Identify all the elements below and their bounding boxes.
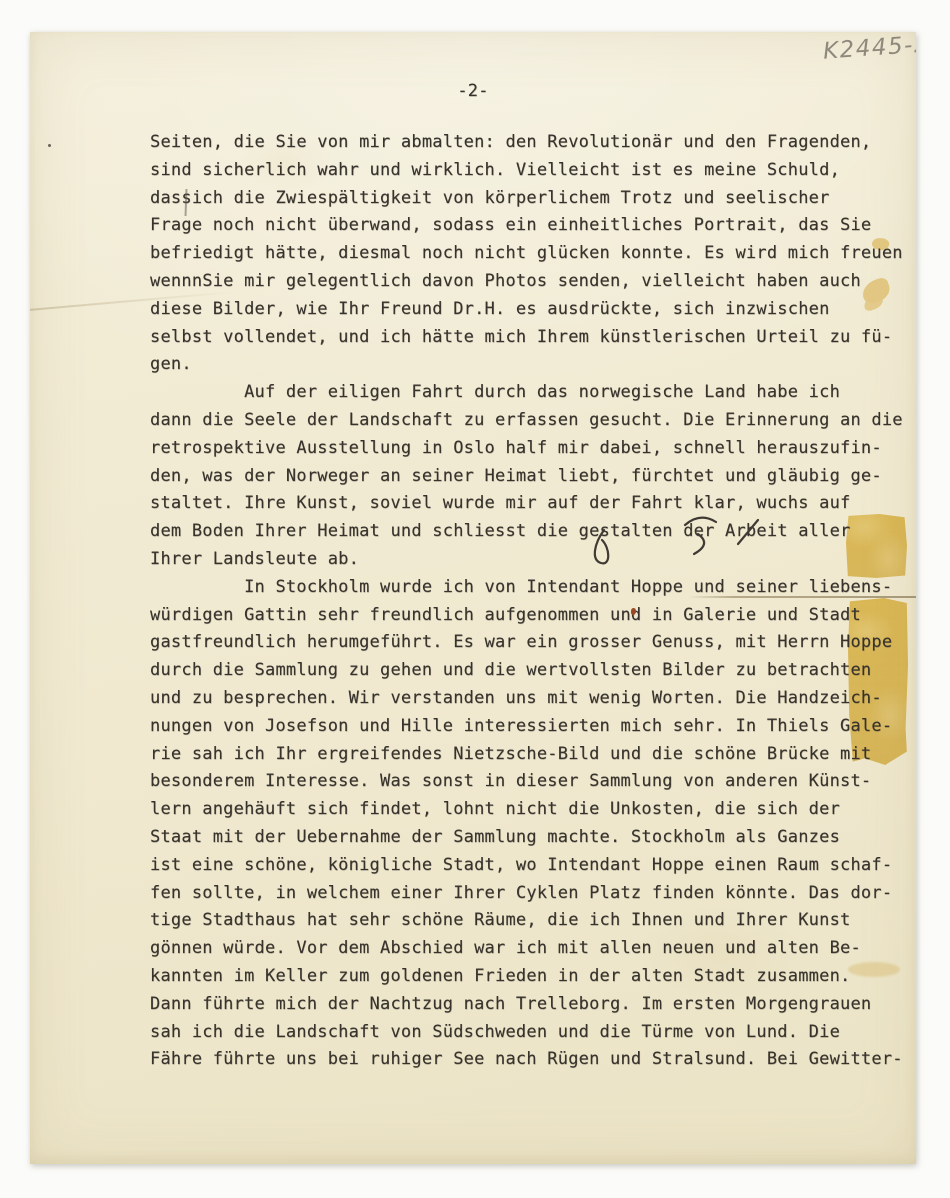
letter-line: gönnen würde. Vor dem Abschied war ich m… [150, 935, 916, 963]
letter-line: Seiten, die Sie von mir abmalten: den Re… [150, 129, 916, 157]
letter-line: besonderem Interesse. Was sonst in diese… [150, 768, 916, 796]
letter-line: retrospektive Ausstellung in Oslo half m… [150, 435, 916, 463]
letter-line: lern angehäuft sich findet, lohnt nicht … [150, 796, 916, 824]
letter-line: tige Stadthaus hat sehr schöne Räume, di… [150, 907, 916, 935]
letter-page: -2- K2445-2 Seiten, die Sie von mir abma… [30, 32, 916, 1164]
letter-line: Frage noch nicht überwand, sodass ein ei… [150, 212, 916, 240]
letter-line: diese Bilder, wie Ihr Freund Dr.H. es au… [150, 296, 916, 324]
correction-arc [685, 518, 716, 525]
letter-line: ist eine schöne, königliche Stadt, wo In… [150, 852, 916, 880]
letter-line: rie sah ich Ihr ergreifendes Nietzsche-B… [150, 741, 916, 769]
correction-slash [738, 520, 758, 544]
correction-paren [694, 534, 704, 554]
letter-line: Fähre führte uns bei ruhiger See nach Rü… [150, 1046, 916, 1074]
handwritten-correction-marks [580, 510, 830, 605]
letter-line: dassich die Zwiespältigkeit von körperli… [150, 185, 916, 213]
correction-loop-g [595, 530, 608, 563]
letter-paragraph: Seiten, die Sie von mir abmalten: den Re… [150, 129, 916, 379]
letter-line: den, was der Norweger an seiner Heimat l… [150, 463, 916, 491]
letter-line: sah ich die Landschaft von Südschweden u… [150, 1019, 916, 1047]
letter-line: wennnSie mir gelegentlich davon Photos s… [150, 268, 916, 296]
letter-paragraph: In Stockholm wurde ich von Intendant Hop… [150, 574, 916, 1074]
letter-line: fen sollte, in welchem einer Ihrer Cykle… [150, 880, 916, 908]
page-number: -2- [30, 81, 916, 101]
letter-line: dann die Seele der Landschaft zu erfasse… [150, 407, 916, 435]
letter-line: selbst vollendet, und ich hätte mich Ihr… [150, 324, 916, 352]
letter-line: sind sicherlich wahr und wirklich. Viell… [150, 157, 916, 185]
letter-line: Dann führte mich der Nachtzug nach Trell… [150, 991, 916, 1019]
letter-line: Auf der eiligen Fahrt durch das norwegis… [150, 379, 916, 407]
letter-line: durch die Sammlung zu gehen und die wert… [150, 657, 916, 685]
letter-line: gastfreundlich herumgeführt. Es war ein … [150, 629, 916, 657]
letter-line: nungen von Josefson und Hille interessie… [150, 713, 916, 741]
letter-line: befriedigt hätte, diesmal noch nicht glü… [150, 240, 916, 268]
scan-background: -2- K2445-2 Seiten, die Sie von mir abma… [0, 0, 950, 1198]
ink-speck [48, 144, 51, 147]
catalog-number-handwriting: K2445-2 [822, 32, 916, 65]
letter-line: würdigen Gattin sehr freundlich aufgenom… [150, 602, 916, 630]
letter-line: gen. [150, 351, 916, 379]
letter-line: kannten im Keller zum goldenen Frieden i… [150, 963, 916, 991]
letter-line: Staat mit der Uebernahme der Sammlung ma… [150, 824, 916, 852]
letter-line: und zu besprechen. Wir verstanden uns mi… [150, 685, 916, 713]
